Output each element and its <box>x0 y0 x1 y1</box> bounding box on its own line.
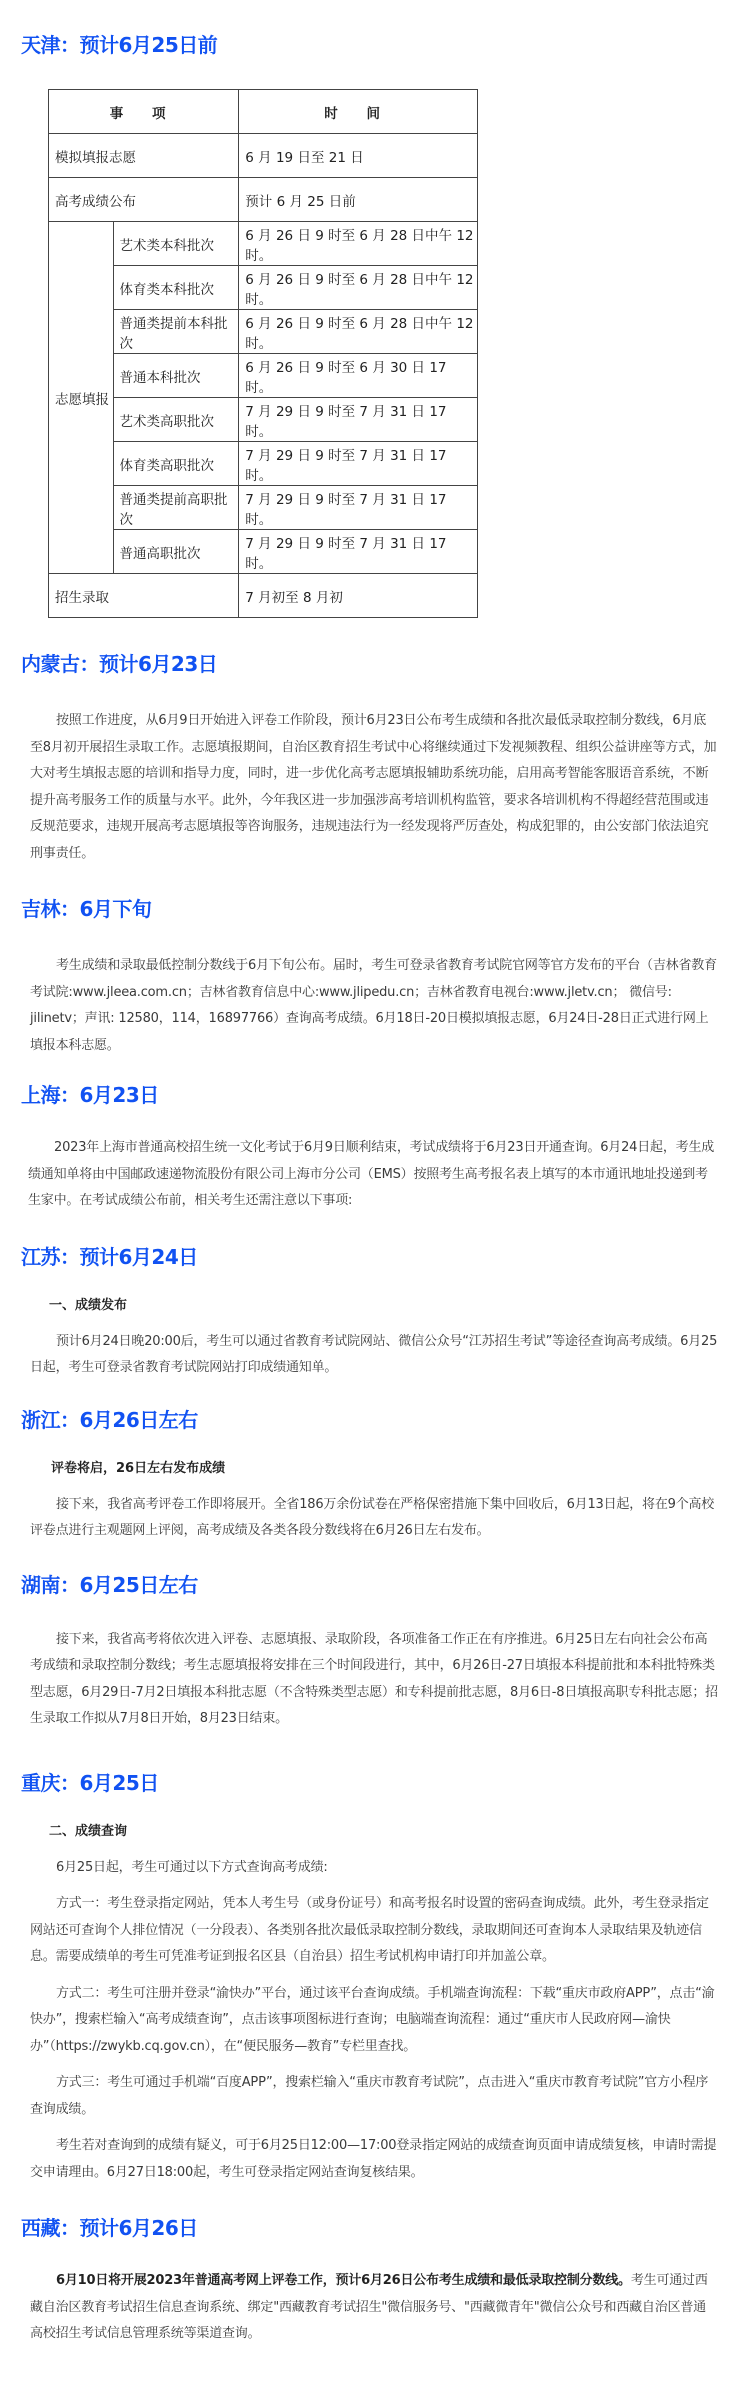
row-time: 6 月 26 日 9 时至 6 月 30 日 17 时。 <box>239 354 478 398</box>
paragraph: 考生成绩和录取最低控制分数线于6月下旬公布。届时，考生可登录省教育考试院官网等官… <box>0 953 746 1059</box>
row-item: 模拟填报志愿 <box>49 134 239 178</box>
row-item: 普通本科批次 <box>113 354 239 398</box>
table-row: 体育类本科批次 6 月 26 日 9 时至 6 月 28 日中午 12 时。 <box>49 266 478 310</box>
paragraph: 接下来，我省高考将依次进入评卷、志愿填报、录取阶段，各项准备工作正在有序推进。6… <box>0 1627 746 1733</box>
group-label: 志愿填报 <box>49 222 114 574</box>
row-item: 体育类本科批次 <box>113 266 239 310</box>
heading-jiangsu: 江苏：预计6月24日 <box>0 1243 746 1271</box>
heading-shanghai: 上海：6月23日 <box>0 1081 746 1109</box>
table-row: 高考成绩公布 预计 6 月 25 日前 <box>49 178 478 222</box>
article: 天津：预计6月25日前 事 项 时 间 模拟填报志愿 6 月 19 日至 21 … <box>0 0 746 2368</box>
table-row: 艺术类高职批次 7 月 29 日 9 时至 7 月 31 日 17 时。 <box>49 398 478 442</box>
heading-chongqing: 重庆：6月25日 <box>0 1769 746 1797</box>
table-row: 招生录取 7 月初至 8 月初 <box>49 574 478 618</box>
header-time: 时 间 <box>239 90 478 134</box>
table-row: 志愿填报 艺术类本科批次 6 月 26 日 9 时至 6 月 28 日中午 12… <box>49 222 478 266</box>
table-row: 普通高职批次 7 月 29 日 9 时至 7 月 31 日 17 时。 <box>49 530 478 574</box>
row-item: 艺术类高职批次 <box>113 398 239 442</box>
row-item: 体育类高职批次 <box>113 442 239 486</box>
paragraph: 按照工作进度，从6月9日开始进入评卷工作阶段，预计6月23日公布考生成绩和各批次… <box>0 708 746 867</box>
paragraph: 预计6月24日晚20:00后，考生可以通过省教育考试院网站、微信公众号“江苏招生… <box>0 1329 746 1382</box>
heading-xizang: 西藏：预计6月26日 <box>0 2214 746 2242</box>
heading-neimenggu: 内蒙古：预计6月23日 <box>0 650 746 678</box>
paragraph: 方式二：考生可注册并登录“渝快办”平台，通过该平台查询成绩。手机端查询流程：下载… <box>0 1981 746 2061</box>
paragraph: 2023年上海市普通高校招生统一文化考试于6月9日顺利结束，考试成绩将于6月23… <box>0 1135 746 1215</box>
row-item: 普通高职批次 <box>113 530 239 574</box>
paragraph: 6月25日起，考生可通过以下方式查询高考成绩: <box>0 1855 746 1882</box>
table-row: 普通类提前高职批次 7 月 29 日 9 时至 7 月 31 日 17 时。 <box>49 486 478 530</box>
paragraph: 考生若对查询到的成绩有疑义，可于6月25日12:00—17:00登录指定网站的成… <box>0 2133 746 2186</box>
row-item: 高考成绩公布 <box>49 178 239 222</box>
table-row: 模拟填报志愿 6 月 19 日至 21 日 <box>49 134 478 178</box>
header-item: 事 项 <box>49 90 239 134</box>
row-item: 艺术类本科批次 <box>113 222 239 266</box>
paragraph: 6月10日将开展2023年普通高考网上评卷工作，预计6月26日公布考生成绩和最低… <box>0 2268 746 2348</box>
row-item: 普通类提前本科批次 <box>113 310 239 354</box>
paragraph: 方式三：考生可通过手机端“百度APP”，搜索栏输入“重庆市教育考试院”，点击进入… <box>0 2070 746 2123</box>
heading-tianjin: 天津：预计6月25日前 <box>0 31 746 59</box>
row-item: 普通类提前高职批次 <box>113 486 239 530</box>
paragraph: 方式一：考生登录指定网站，凭本人考生号（或身份证号）和高考报名时设置的密码查询成… <box>0 1891 746 1971</box>
row-time: 7 月 29 日 9 时至 7 月 31 日 17 时。 <box>239 486 478 530</box>
row-time: 6 月 19 日至 21 日 <box>239 134 478 178</box>
row-time: 7 月 29 日 9 时至 7 月 31 日 17 时。 <box>239 530 478 574</box>
subheading: 二、成绩查询 <box>0 1819 746 1845</box>
bold-lead: 6月10日将开展2023年普通高考网上评卷工作，预计6月26日公布考生成绩和最低… <box>56 2273 631 2288</box>
row-item: 招生录取 <box>49 574 239 618</box>
row-time: 7 月 29 日 9 时至 7 月 31 日 17 时。 <box>239 398 478 442</box>
paragraph: 接下来，我省高考评卷工作即将展开。全省186万余份试卷在严格保密措施下集中回收后… <box>0 1492 746 1545</box>
heading-jilin: 吉林：6月下旬 <box>0 895 746 923</box>
heading-hunan: 湖南：6月25日左右 <box>0 1571 746 1599</box>
tianjin-schedule-table: 事 项 时 间 模拟填报志愿 6 月 19 日至 21 日 高考成绩公布 预计 … <box>48 89 480 618</box>
subheading: 一、成绩发布 <box>0 1293 746 1319</box>
heading-zhejiang: 浙江：6月26日左右 <box>0 1406 746 1434</box>
table-row: 普通类提前本科批次 6 月 26 日 9 时至 6 月 28 日中午 12 时。 <box>49 310 478 354</box>
row-time: 7 月 29 日 9 时至 7 月 31 日 17 时。 <box>239 442 478 486</box>
subheading: 评卷将启，26日左右发布成绩 <box>0 1456 746 1482</box>
table-header-row: 事 项 时 间 <box>49 90 478 134</box>
row-time: 6 月 26 日 9 时至 6 月 28 日中午 12 时。 <box>239 310 478 354</box>
row-time: 6 月 26 日 9 时至 6 月 28 日中午 12 时。 <box>239 222 478 266</box>
table-row: 体育类高职批次 7 月 29 日 9 时至 7 月 31 日 17 时。 <box>49 442 478 486</box>
row-time: 7 月初至 8 月初 <box>239 574 478 618</box>
row-time: 6 月 26 日 9 时至 6 月 28 日中午 12 时。 <box>239 266 478 310</box>
row-time: 预计 6 月 25 日前 <box>239 178 478 222</box>
table-row: 普通本科批次 6 月 26 日 9 时至 6 月 30 日 17 时。 <box>49 354 478 398</box>
